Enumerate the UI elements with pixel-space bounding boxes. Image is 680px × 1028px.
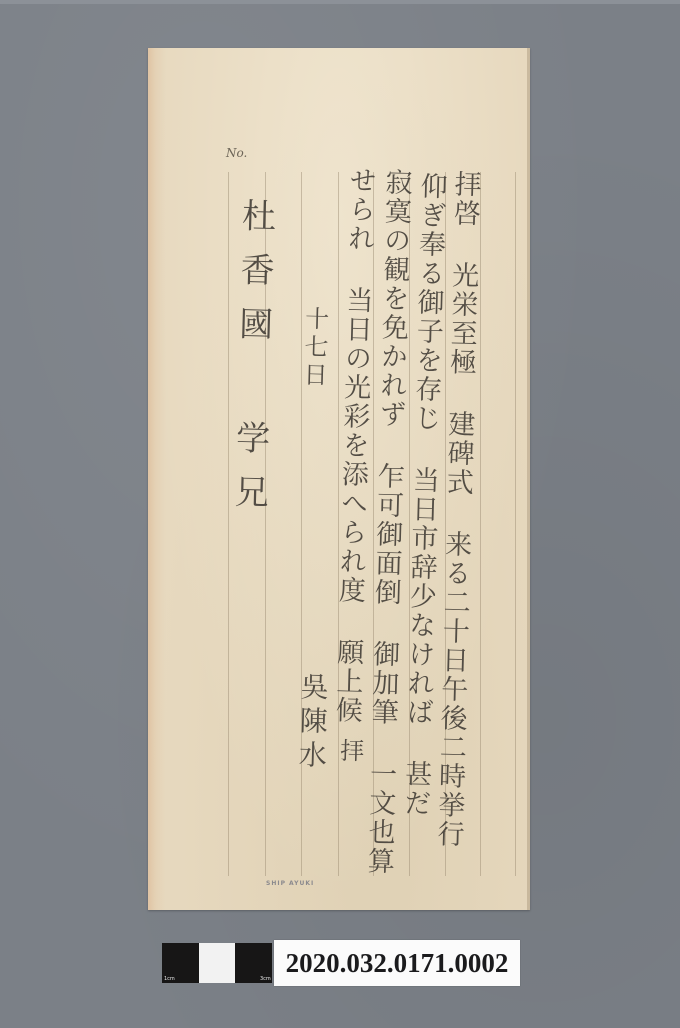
scale-segment: 1cm <box>162 943 199 983</box>
scale-unit-label: 3cm <box>260 976 271 982</box>
scale-segment: 3cm <box>235 943 272 983</box>
scale-segment <box>199 943 236 983</box>
catalog-number: 2020.032.0171.0002 <box>286 948 509 979</box>
paper-edge <box>527 48 530 910</box>
signature: 吳陳水 <box>295 672 328 775</box>
letter-paper: No. 拝啓 光栄至極 建碑式 来る二十日午後二時挙行 仰ぎ奉る御子を存じ 当日… <box>148 48 530 910</box>
ruled-line <box>515 172 516 876</box>
date-column: 十七日 <box>298 306 330 391</box>
number-mark: No. <box>226 146 247 160</box>
archival-photo: No. 拝啓 光栄至極 建碑式 来る二十日午後二時挙行 仰ぎ奉る御子を存じ 当日… <box>0 0 680 1028</box>
catalog-number-label: 2020.032.0171.0002 <box>274 940 520 986</box>
ruled-line <box>480 172 481 876</box>
mount-top-edge <box>0 0 680 4</box>
stationery-maker-mark: SHIP AYUKI <box>266 880 314 887</box>
signature-suffix: 拝 <box>334 738 365 767</box>
scale-unit-label: 1cm <box>164 976 175 982</box>
recipient: 杜香國 学兄 <box>227 197 276 528</box>
scale-bar: 1cm 3cm <box>162 943 272 983</box>
